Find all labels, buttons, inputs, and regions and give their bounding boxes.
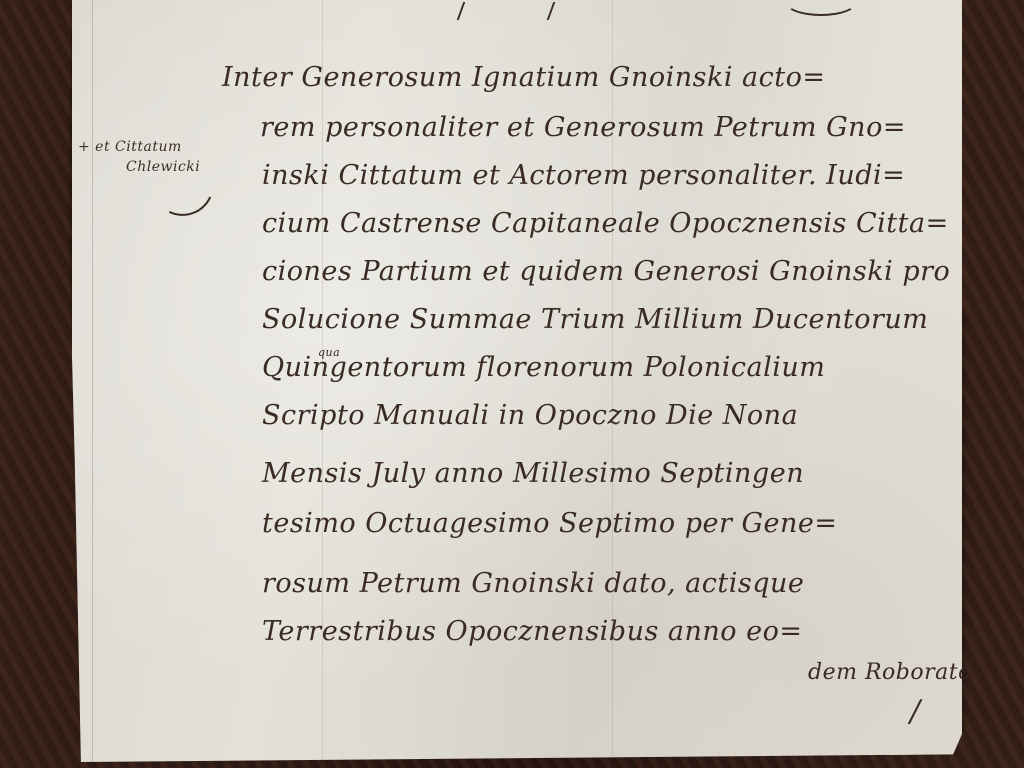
text-line-13: dem Roborato: [808, 660, 972, 685]
text-line-3: inski Cittatum et Actorem personaliter. …: [262, 160, 905, 191]
cropped-ink-stroke: [457, 2, 466, 20]
text-line-9: Mensis July anno Millesimo Septingen: [262, 458, 804, 489]
text-line-6: Solucione Summae Trium Millium Ducentoru…: [262, 304, 928, 335]
cropped-ink-flourish: [784, 0, 858, 16]
manuscript-page: + et Cittatum Chlewicki Inter Generosum …: [72, 0, 962, 762]
text-line-8: Scripto Manuali in Opoczno Die Nona: [262, 400, 798, 431]
text-line-4: cium Castrense Capitaneale Opocznensis C…: [262, 208, 949, 239]
text-line-7: Quingentorum florenorum Polonicalium: [262, 352, 825, 383]
text-line-2: rem personaliter et Generosum Petrum Gno…: [260, 112, 906, 143]
text-line-10: tesimo Octuagesimo Septimo per Gene=: [262, 508, 838, 539]
text-line-5: ciones Partium et quidem Generosi Gnoins…: [262, 256, 950, 287]
cropped-ink-stroke: [547, 2, 556, 20]
margin-rule: [92, 0, 93, 762]
text-line-11: rosum Petrum Gnoinski dato, actisque: [262, 568, 804, 599]
interlinear-insertion: qua: [318, 346, 340, 359]
text-line-1: Inter Generosum Ignatium Gnoinski acto=: [222, 62, 826, 93]
closing-mark: /: [910, 694, 921, 729]
text-line-12: Terrestribus Opocznensibus anno eo=: [262, 616, 803, 647]
